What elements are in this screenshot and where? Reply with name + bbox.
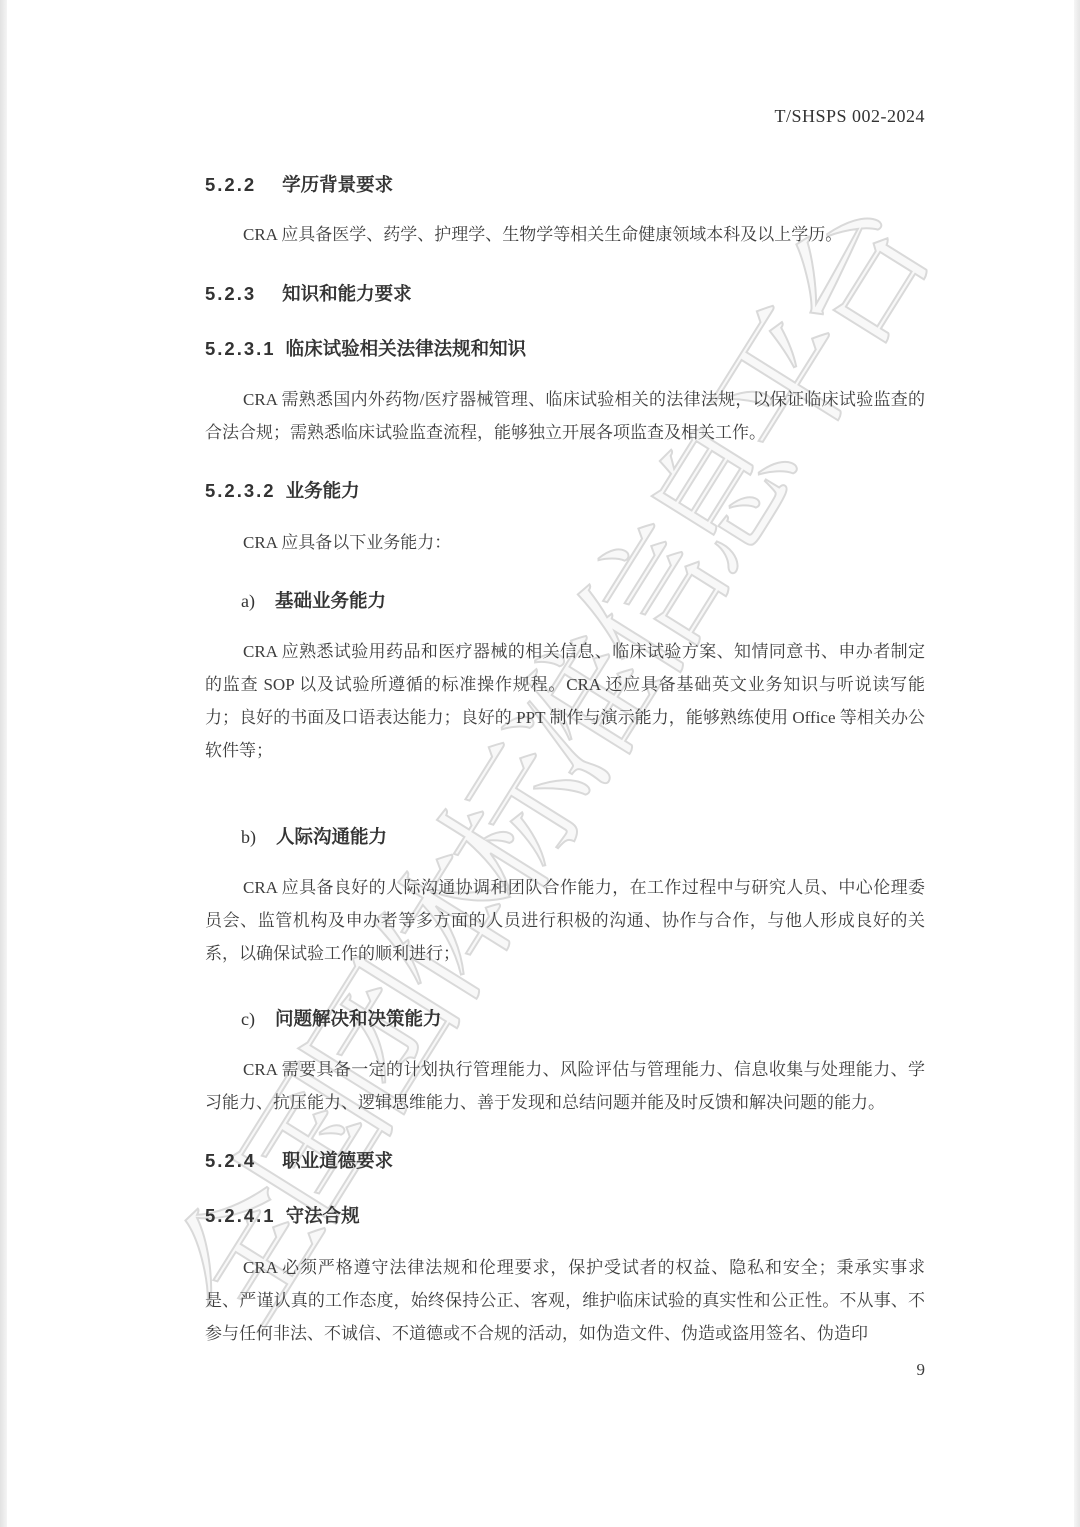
section-number: 5.2.4.1 [205,1205,276,1226]
section-number: 5.2.3.2 [205,480,276,501]
paragraph-problem-solving-ability: CRA 需要具备一定的计划执行管理能力、风险评估与管理能力、信息收集与处理能力、… [205,1053,925,1119]
section-heading-5-2-2: 5.2.2学历背景要求 [205,171,393,197]
section-number: 5.2.3.1 [205,338,276,359]
list-item-title: 问题解决和决策能力 [275,1008,442,1029]
page-number: 9 [917,1360,926,1380]
section-heading-5-2-4: 5.2.4职业道德要求 [205,1147,393,1173]
section-title: 业务能力 [286,480,360,501]
section-number: 5.2.4 [205,1150,256,1171]
list-marker: c) [241,1009,255,1029]
section-title: 临床试验相关法律法规和知识 [286,338,527,359]
list-marker: b) [241,827,256,847]
scan-edge-left [0,0,7,1527]
section-heading-5-2-3-2: 5.2.3.2业务能力 [205,477,360,503]
list-item-title: 基础业务能力 [275,590,386,611]
section-title: 守法合规 [286,1205,360,1226]
section-heading-5-2-3-1: 5.2.3.1临床试验相关法律法规和知识 [205,335,526,361]
scan-edge-right [1074,0,1080,1527]
document-code-header: T/SHSPS 002-2024 [774,106,925,127]
section-heading-5-2-4-1: 5.2.4.1守法合规 [205,1202,360,1228]
paragraph-communication-ability: CRA 应具备良好的人际沟通协调和团队合作能力，在工作过程中与研究人员、中心伦理… [205,871,925,970]
section-title: 职业道德要求 [282,1150,393,1171]
section-number: 5.2.3 [205,283,256,304]
paragraph-basic-business-ability: CRA 应熟悉试验用药品和医疗器械的相关信息、临床试验方案、知情同意书、申办者制… [205,635,925,767]
list-marker: a) [241,591,255,611]
paragraph-business-ability-intro: CRA 应具备以下业务能力： [205,526,925,559]
list-item-b: b)人际沟通能力 [241,823,387,849]
section-heading-5-2-3: 5.2.3知识和能力要求 [205,280,412,306]
section-number: 5.2.2 [205,174,256,195]
document-page: 全国团体标准信息平台 T/SHSPS 002-2024 5.2.2学历背景要求 … [0,0,1080,1527]
list-item-c: c)问题解决和决策能力 [241,1005,442,1031]
section-title: 知识和能力要求 [282,283,412,304]
paragraph-law-compliance: CRA 必须严格遵守法律法规和伦理要求，保护受试者的权益、隐私和安全；秉承实事求… [205,1251,925,1350]
paragraph-legal-knowledge: CRA 需熟悉国内外药物/医疗器械管理、临床试验相关的法律法规，以保证临床试验监… [205,383,925,449]
list-item-a: a)基础业务能力 [241,587,386,613]
paragraph-education-requirement: CRA 应具备医学、药学、护理学、生物学等相关生命健康领域本科及以上学历。 [205,218,925,251]
section-title: 学历背景要求 [282,174,393,195]
list-item-title: 人际沟通能力 [276,826,387,847]
